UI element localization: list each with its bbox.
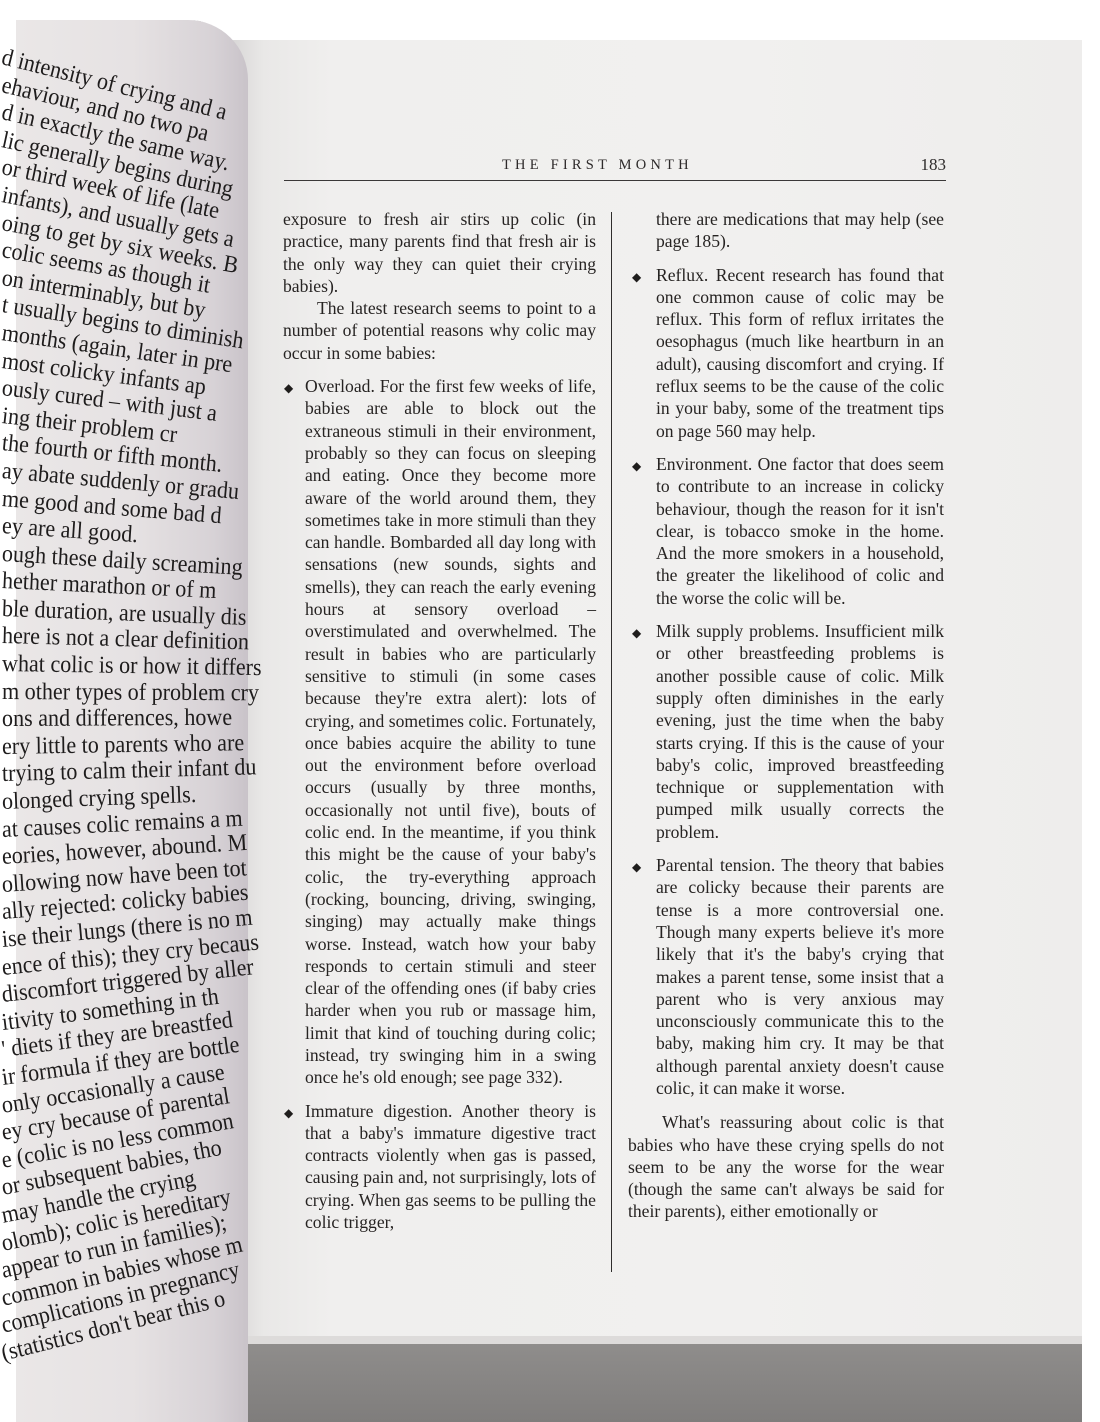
- left-page-line: m other types of problem cry: [2, 679, 241, 708]
- bullet-text: Milk supply problems. Insufficient milk …: [656, 621, 944, 842]
- bullet-text: Overload. For the first few weeks of lif…: [305, 376, 596, 1087]
- diamond-bullet-icon: ◆: [632, 856, 641, 878]
- closing-paragraph: What's reassuring about colic is that ba…: [628, 1111, 944, 1222]
- diamond-bullet-icon: ◆: [284, 1102, 293, 1124]
- diamond-bullet-icon: ◆: [632, 455, 641, 477]
- bullet-text: Parental tension. The theory that babies…: [656, 855, 944, 1098]
- diamond-bullet-icon: ◆: [632, 622, 641, 644]
- continuation-text: there are medications that may help (see…: [628, 208, 944, 253]
- background-right: [1082, 0, 1100, 1422]
- bullet-immature-digestion: ◆ Immature digestion. Another theory is …: [283, 1100, 596, 1234]
- page-header: THE FIRST MONTH 183: [284, 154, 946, 181]
- left-page-text: d intensity of crying and aehaviour, and…: [2, 44, 262, 1369]
- column-divider: [611, 212, 612, 1272]
- diamond-bullet-icon: ◆: [284, 377, 293, 399]
- right-column: there are medications that may help (see…: [628, 208, 944, 1223]
- bullet-reflux: ◆ Reflux. Recent research has found that…: [628, 264, 944, 442]
- bullet-text: Environment. One factor that does seem t…: [656, 454, 944, 608]
- bullet-milk-supply: ◆ Milk supply problems. Insufficient mil…: [628, 620, 944, 843]
- diamond-bullet-icon: ◆: [632, 266, 641, 288]
- running-head: THE FIRST MONTH: [502, 157, 693, 174]
- left-page-line: what colic is or how it differs: [2, 651, 242, 682]
- intro-paragraph: exposure to fresh air stirs up colic (in…: [283, 208, 596, 297]
- bullet-parental-tension: ◆ Parental tension. The theory that babi…: [628, 854, 944, 1099]
- left-column: exposure to fresh air stirs up colic (in…: [283, 208, 596, 1233]
- bullet-environment: ◆ Environment. One factor that does seem…: [628, 453, 944, 609]
- bullet-text: Immature digestion. Another theory is th…: [305, 1101, 596, 1232]
- bullet-text: Reflux. Recent research has found that o…: [656, 265, 944, 441]
- book-photo: d intensity of crying and aehaviour, and…: [0, 0, 1100, 1422]
- left-page-line: ons and differences, howe: [2, 705, 241, 734]
- bullet-overload: ◆ Overload. For the first few weeks of l…: [283, 375, 596, 1089]
- page-number: 183: [921, 155, 947, 175]
- lead-paragraph: The latest research seems to point to a …: [283, 297, 596, 364]
- page-edge: [230, 1336, 1082, 1344]
